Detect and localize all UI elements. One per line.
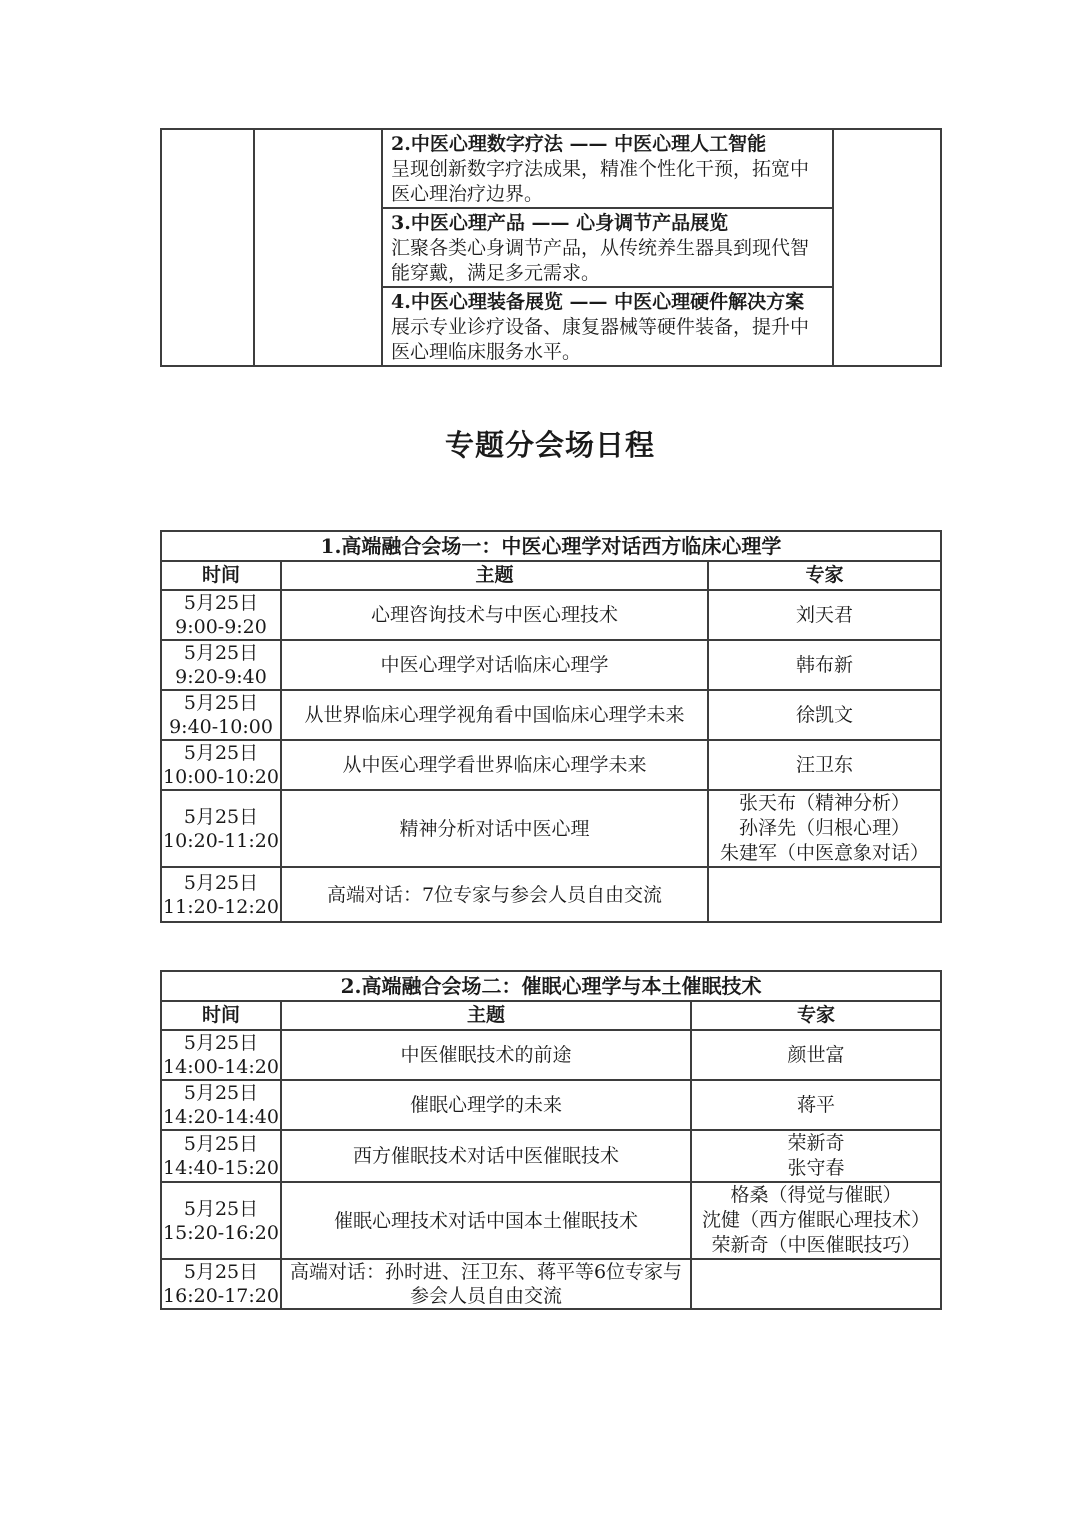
session-row: 5月25日 14:00-14:20 中医催眠技术的前途 颜世富 xyxy=(161,1030,941,1080)
merged-empty-cell-right xyxy=(833,129,941,366)
col-header-topic: 主题 xyxy=(281,1001,691,1030)
session-date: 5月25日 xyxy=(162,1132,280,1156)
session-time: 10:00-10:20 xyxy=(162,765,280,789)
session-date: 5月25日 xyxy=(162,1260,280,1284)
session-time-cell: 5月25日 14:40-15:20 xyxy=(161,1130,281,1182)
session-date: 5月25日 xyxy=(162,871,280,895)
session-time: 16:20-17:20 xyxy=(162,1284,280,1308)
session-table-1: 1.高端融合会场一：中医心理学对话西方临床心理学 时间 主题 专家 5月25日 … xyxy=(160,530,942,923)
exhibit-item-title: 4.中医心理装备展览 —— 中医心理硬件解决方案 xyxy=(391,290,826,315)
session-experts: 徐凯文 xyxy=(708,690,941,740)
exhibit-item-cell: 2.中医心理数字疗法 —— 中医心理人工智能 呈现创新数字疗法成果，精准个性化干… xyxy=(382,129,833,208)
session-experts: 蒋平 xyxy=(691,1080,941,1130)
session-time-cell: 5月25日 9:40-10:00 xyxy=(161,690,281,740)
session-time-cell: 5月25日 10:20-11:20 xyxy=(161,790,281,867)
session-time: 9:20-9:40 xyxy=(162,665,280,689)
session-row: 5月25日 9:00-9:20 心理咨询技术与中医心理技术 刘天君 xyxy=(161,590,941,640)
col-header-topic: 主题 xyxy=(281,561,708,590)
exhibit-item-cell: 4.中医心理装备展览 —— 中医心理硬件解决方案 展示专业诊疗设备、康复器械等硬… xyxy=(382,287,833,366)
exhibit-item-desc: 展示专业诊疗设备、康复器械等硬件装备，提升中医心理临床服务水平。 xyxy=(391,315,826,365)
session-date: 5月25日 xyxy=(162,741,280,765)
session-time: 14:00-14:20 xyxy=(162,1055,280,1079)
session-experts: 汪卫东 xyxy=(708,740,941,790)
session-time: 14:40-15:20 xyxy=(162,1156,280,1180)
session-row: 5月25日 15:20-16:20 催眠心理技术对话中国本土催眠技术 格桑（得觉… xyxy=(161,1182,941,1259)
session-date: 5月25日 xyxy=(162,1081,280,1105)
session-date: 5月25日 xyxy=(162,1031,280,1055)
session-experts: 格桑（得觉与催眠） 沈健（西方催眠心理技术） 荣新奇（中医催眠技巧） xyxy=(691,1182,941,1259)
session-date: 5月25日 xyxy=(162,691,280,715)
session-experts xyxy=(708,867,941,922)
col-header-time: 时间 xyxy=(161,1001,281,1030)
col-header-expert: 专家 xyxy=(691,1001,941,1030)
session-table-title: 2.高端融合会场二：催眠心理学与本土催眠技术 xyxy=(161,971,941,1001)
session-date: 5月25日 xyxy=(162,805,280,829)
session-topic: 精神分析对话中医心理 xyxy=(281,790,708,867)
session-topic: 从世界临床心理学视角看中国临床心理学未来 xyxy=(281,690,708,740)
session-row: 5月25日 11:20-12:20 高端对话：7位专家与参会人员自由交流 xyxy=(161,867,941,922)
session-time-cell: 5月25日 9:00-9:20 xyxy=(161,590,281,640)
session-date: 5月25日 xyxy=(162,641,280,665)
session-table-title: 1.高端融合会场一：中医心理学对话西方临床心理学 xyxy=(161,531,941,561)
session-row: 5月25日 16:20-17:20 高端对话：孙时进、汪卫东、蒋平等6位专家与参… xyxy=(161,1259,941,1309)
col-header-expert: 专家 xyxy=(708,561,941,590)
exhibition-continuation-table: 2.中医心理数字疗法 —— 中医心理人工智能 呈现创新数字疗法成果，精准个性化干… xyxy=(160,128,942,367)
session-topic: 从中医心理学看世界临床心理学未来 xyxy=(281,740,708,790)
session-table-2: 2.高端融合会场二：催眠心理学与本土催眠技术 时间 主题 专家 5月25日 14… xyxy=(160,970,942,1310)
session-time: 9:40-10:00 xyxy=(162,715,280,739)
session-experts xyxy=(691,1259,941,1309)
session-time-cell: 5月25日 10:00-10:20 xyxy=(161,740,281,790)
session-date: 5月25日 xyxy=(162,1197,280,1221)
session-topic: 高端对话：孙时进、汪卫东、蒋平等6位专家与参会人员自由交流 xyxy=(281,1259,691,1309)
col-header-time: 时间 xyxy=(161,561,281,590)
session-time: 10:20-11:20 xyxy=(162,829,280,853)
session-topic: 中医心理学对话临床心理学 xyxy=(281,640,708,690)
session-experts: 荣新奇 张守春 xyxy=(691,1130,941,1182)
exhibit-item-desc: 汇聚各类心身调节产品，从传统养生器具到现代智能穿戴，满足多元需求。 xyxy=(391,236,826,286)
merged-empty-cell-left2 xyxy=(254,129,382,366)
session-row: 5月25日 9:20-9:40 中医心理学对话临床心理学 韩布新 xyxy=(161,640,941,690)
session-topic: 心理咨询技术与中医心理技术 xyxy=(281,590,708,640)
session-row: 5月25日 9:40-10:00 从世界临床心理学视角看中国临床心理学未来 徐凯… xyxy=(161,690,941,740)
session-experts: 张天布（精神分析） 孙泽先（归根心理） 朱建军（中医意象对话） xyxy=(708,790,941,867)
session-time-cell: 5月25日 14:20-14:40 xyxy=(161,1080,281,1130)
session-topic: 高端对话：7位专家与参会人员自由交流 xyxy=(281,867,708,922)
session-experts: 颜世富 xyxy=(691,1030,941,1080)
session-date: 5月25日 xyxy=(162,591,280,615)
exhibit-item-title: 2.中医心理数字疗法 —— 中医心理人工智能 xyxy=(391,132,826,157)
exhibit-item-cell: 3.中医心理产品 —— 心身调节产品展览 汇聚各类心身调节产品，从传统养生器具到… xyxy=(382,208,833,287)
session-time: 9:00-9:20 xyxy=(162,615,280,639)
section-heading: 专题分会场日程 xyxy=(160,423,940,467)
session-row: 5月25日 10:20-11:20 精神分析对话中医心理 张天布（精神分析） 孙… xyxy=(161,790,941,867)
session-time: 14:20-14:40 xyxy=(162,1105,280,1129)
merged-empty-cell-left1 xyxy=(161,129,254,366)
session-experts: 刘天君 xyxy=(708,590,941,640)
session-topic: 西方催眠技术对话中医催眠技术 xyxy=(281,1130,691,1182)
session-row: 5月25日 10:00-10:20 从中医心理学看世界临床心理学未来 汪卫东 xyxy=(161,740,941,790)
session-time: 11:20-12:20 xyxy=(162,895,280,919)
session-time-cell: 5月25日 9:20-9:40 xyxy=(161,640,281,690)
session-time-cell: 5月25日 11:20-12:20 xyxy=(161,867,281,922)
session-experts: 韩布新 xyxy=(708,640,941,690)
session-time-cell: 5月25日 14:00-14:20 xyxy=(161,1030,281,1080)
session-row: 5月25日 14:40-15:20 西方催眠技术对话中医催眠技术 荣新奇 张守春 xyxy=(161,1130,941,1182)
session-time: 15:20-16:20 xyxy=(162,1221,280,1245)
session-topic: 催眠心理技术对话中国本土催眠技术 xyxy=(281,1182,691,1259)
session-row: 5月25日 14:20-14:40 催眠心理学的未来 蒋平 xyxy=(161,1080,941,1130)
session-time-cell: 5月25日 15:20-16:20 xyxy=(161,1182,281,1259)
exhibit-item-desc: 呈现创新数字疗法成果，精准个性化干预，拓宽中医心理治疗边界。 xyxy=(391,157,826,207)
exhibit-item-title: 3.中医心理产品 —— 心身调节产品展览 xyxy=(391,211,826,236)
session-topic: 催眠心理学的未来 xyxy=(281,1080,691,1130)
session-topic: 中医催眠技术的前途 xyxy=(281,1030,691,1080)
session-time-cell: 5月25日 16:20-17:20 xyxy=(161,1259,281,1309)
